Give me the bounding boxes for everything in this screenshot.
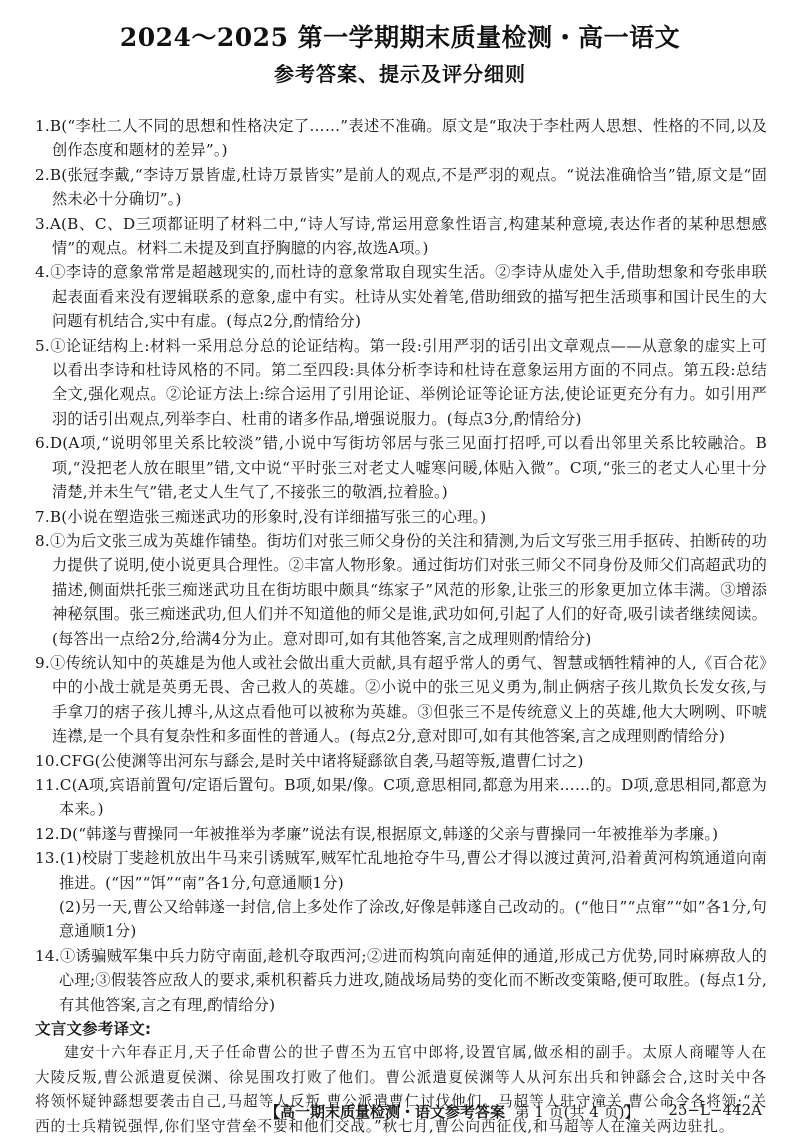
answer-text: B(小说在塑造张三痴迷武功的形象时,没有详细描写张三的心理。): [50, 508, 487, 526]
answer-item-6: 6.D(A项,“说明邻里关系比较淡”错,小说中写街坊邻居与张三见面打招呼,可以看…: [35, 431, 767, 504]
answer-text: ①李诗的意象常常是超越现实的,而杜诗的意象常取自现实生活。②李诗从虚处入手,借助…: [50, 263, 767, 330]
answer-item-1: 1.B(“李杜二人不同的思想和性格决定了……”表述不准确。原文是“取决于李杜两人…: [35, 114, 767, 163]
answer-item-10: 10.CFG(公使渊等出河东与繇会,是时关中诸将疑繇欲自袭,马超等叛,遣曹仁讨之…: [35, 749, 767, 773]
page-footer: 【高一期末质量检测・语文参考答案 第 1 页(共 4 页)】 25−L−442A: [0, 1101, 800, 1125]
answer-number: 5.: [35, 334, 50, 358]
answer-number: 8.: [35, 529, 50, 553]
answer-item-9: 9.①传统认知中的英雄是为他人或社会做出重大贡献,具有超乎常人的勇气、智慧或牺牲…: [35, 651, 767, 749]
answer-text: ①传统认知中的英雄是为他人或社会做出重大贡献,具有超乎常人的勇气、智慧或牺牲精神…: [50, 654, 767, 745]
answer-item-2: 2.B(张冠李戴,“李诗万景皆虚,杜诗万景皆实”是前人的观点,不是严羽的观点。“…: [35, 163, 767, 212]
answer-item-5: 5.①论证结构上:材料一采用总分总的论证结构。第一段:引用严羽的话引出文章观点—…: [35, 334, 767, 432]
answer-text: D(A项,“说明邻里关系比较淡”错,小说中写街坊邻居与张三见面打招呼,可以看出邻…: [50, 434, 767, 501]
answer-key-page: 2024～2025 第一学期期末质量检测・高一语文 参考答案、提示及评分细则 1…: [0, 0, 800, 1139]
answer-text: D(“韩遂与曹操同一年被推举为孝廉”说法有误,根据原文,韩遂的父亲与曹操同一年被…: [60, 825, 719, 843]
answer-item-11: 11.C(A项,宾语前置句/定语后置句。B项,如果/像。C项,意思相同,都意为用…: [35, 773, 767, 822]
answer-item-12: 12.D(“韩遂与曹操同一年被推举为孝廉”说法有误,根据原文,韩遂的父亲与曹操同…: [35, 822, 767, 846]
answer-text: ①诱骗贼军集中兵力防守南面,趁机夺取西河;②进而构筑向南延伸的通道,形成己方优势…: [59, 947, 767, 1014]
answer-item-13: 13.(1)校尉丁斐趁机放出牛马来引诱贼军,贼军忙乱地抢夺牛马,曹公才得以渡过黄…: [35, 846, 767, 895]
footer-doc-name: 【高一期末质量检测・语文参考答案: [265, 1103, 505, 1121]
answer-text: CFG(公使渊等出河东与繇会,是时关中诸将疑繇欲自袭,马超等叛,遣曹仁讨之): [60, 752, 584, 770]
answer-number: 9.: [35, 651, 50, 675]
answer-text: A(B、C、D三项都证明了材料二中,“诗人写诗,常运用意象性语言,构建某种意境,…: [50, 215, 767, 257]
answer-number: 6.: [35, 431, 50, 455]
answer-number: 1.: [35, 114, 50, 138]
answer-text: C(A项,宾语前置句/定语后置句。B项,如果/像。C项,意思相同,都意为用来………: [59, 776, 767, 818]
answer-text: (1)校尉丁斐趁机放出牛马来引诱贼军,贼军忙乱地抢夺牛马,曹公才得以渡过黄河,沿…: [59, 849, 767, 891]
answer-item-14: 14.①诱骗贼军集中兵力防守南面,趁机夺取西河;②进而构筑向南延伸的通道,形成己…: [35, 944, 767, 1017]
answer-number: 11.: [35, 773, 60, 797]
answer-item-7: 7.B(小说在塑造张三痴迷武功的形象时,没有详细描写张三的心理。): [35, 505, 767, 529]
footer-doc-code: 25−L−442A: [668, 1101, 762, 1119]
answer-text: ①论证结构上:材料一采用总分总的论证结构。第一段:引用严羽的话引出文章观点——从…: [50, 337, 767, 428]
answer-number: 7.: [35, 505, 50, 529]
answer-text: B(张冠李戴,“李诗万景皆虚,杜诗万景皆实”是前人的观点,不是严羽的观点。“说法…: [50, 166, 767, 208]
answer-item-4: 4.①李诗的意象常常是超越现实的,而杜诗的意象常取自现实生活。②李诗从虚处入手,…: [35, 260, 767, 333]
answer-number: 4.: [35, 260, 50, 284]
answer-number: 14.: [35, 944, 60, 968]
footer-page-number: 第 1 页(共 4 页)】: [515, 1103, 640, 1121]
answer-list: 1.B(“李杜二人不同的思想和性格决定了……”表述不准确。原文是“取决于李杜两人…: [35, 114, 767, 1139]
answer-text: B(“李杜二人不同的思想和性格决定了……”表述不准确。原文是“取决于李杜两人思想…: [50, 117, 767, 159]
answer-item-13-part-2: (2)另一天,曹公又给韩遂一封信,信上多处作了涂改,好像是韩遂自己改动的。(“他…: [35, 895, 767, 944]
answer-number: 2.: [35, 163, 50, 187]
answer-number: 13.: [35, 846, 60, 870]
answer-item-3: 3.A(B、C、D三项都证明了材料二中,“诗人写诗,常运用意象性语言,构建某种意…: [35, 212, 767, 261]
answer-number: 12.: [35, 822, 60, 846]
footer-label: 【高一期末质量检测・语文参考答案 第 1 页(共 4 页)】: [265, 1101, 639, 1122]
answer-number: 10.: [35, 749, 60, 773]
answer-text: ①为后文张三成为英雄作铺垫。街坊们对张三师父身份的关注和猜测,为后文写张三用手抠…: [50, 532, 767, 648]
document-title: 2024～2025 第一学期期末质量检测・高一语文: [0, 18, 800, 54]
translation-heading: 文言文参考译文:: [35, 1017, 767, 1041]
answer-item-8: 8.①为后文张三成为英雄作铺垫。街坊们对张三师父身份的关注和猜测,为后文写张三用…: [35, 529, 767, 651]
answer-number: 3.: [35, 212, 50, 236]
document-subtitle: 参考答案、提示及评分细则: [0, 58, 800, 87]
